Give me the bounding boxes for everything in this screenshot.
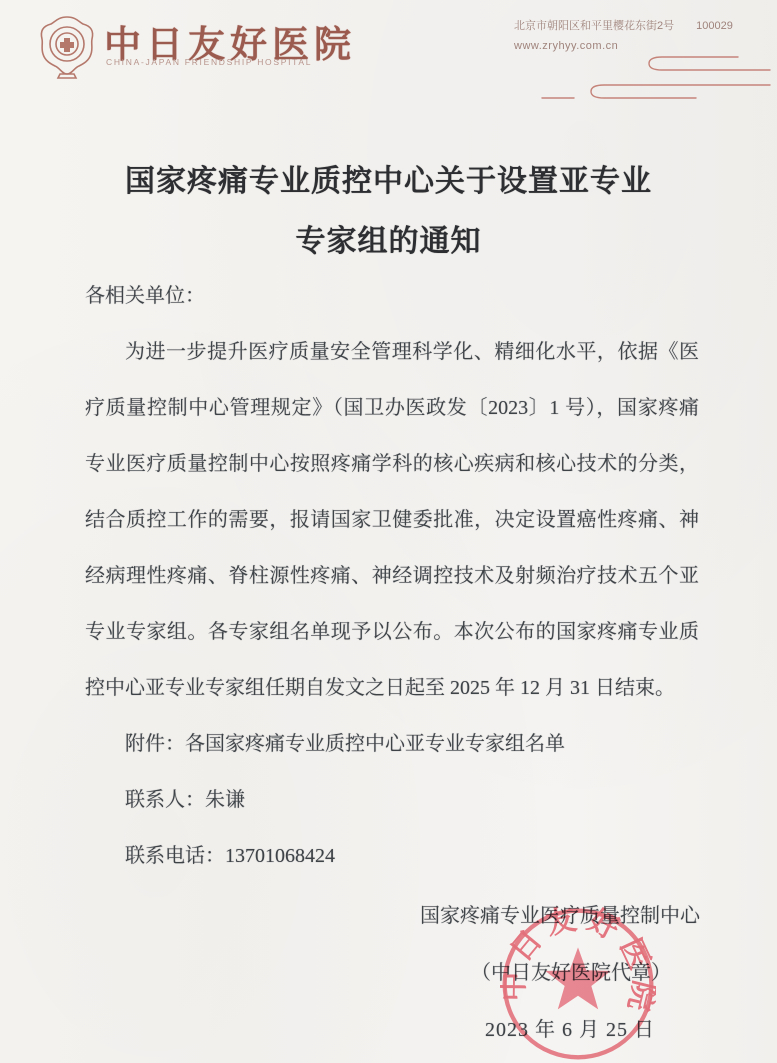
postcode: 100029 xyxy=(696,20,733,32)
notice-body: 各相关单位： 为进一步提升医疗质量安全管理科学化、精细化水平，依据《医疗质量控制… xyxy=(85,268,699,884)
hospital-website: www.zryhyy.com.cn xyxy=(514,40,618,52)
address-text: 北京市朝阳区和平里樱花东街2号 xyxy=(514,20,674,32)
on-behalf-line: （中日友好医院代章） xyxy=(0,945,777,1002)
salutation: 各相关单位： xyxy=(85,268,699,324)
contact-person-line: 联系人：朱谦 xyxy=(85,772,699,828)
hospital-emblem-icon xyxy=(38,14,96,80)
hospital-address: 北京市朝阳区和平里樱花东街2号100029 xyxy=(514,17,764,33)
medical-cross-icon xyxy=(60,38,74,52)
attachment-line: 附件：各国家疼痛专业质控中心亚专业专家组名单 xyxy=(85,716,699,772)
issue-date: 2023 年 6 月 25 日 xyxy=(0,1002,777,1059)
main-paragraph: 为进一步提升医疗质量安全管理科学化、精细化水平，依据《医疗质量控制中心管理规定》… xyxy=(85,324,699,716)
notice-title: 国家疼痛专业质控中心关于设置亚专业 专家组的通知 xyxy=(0,152,777,272)
hospital-name-en: CHINA-JAPAN FRIENDSHIP HOSPITAL xyxy=(106,57,312,67)
cloud-scroll-icon xyxy=(512,52,774,104)
issuing-org: 国家疼痛专业医疗质量控制中心 xyxy=(0,888,777,945)
scanned-notice-document: 中日友好医院 CHINA-JAPAN FRIENDSHIP HOSPITAL 北… xyxy=(0,0,777,1063)
notice-title-line2: 专家组的通知 xyxy=(0,212,777,272)
contact-phone-line: 联系电话：13701068424 xyxy=(85,828,699,884)
signature-block: 国家疼痛专业医疗质量控制中心 （中日友好医院代章） 2023 年 6 月 25 … xyxy=(0,888,777,1059)
letterhead: 中日友好医院 CHINA-JAPAN FRIENDSHIP HOSPITAL 北… xyxy=(0,0,777,108)
notice-title-line1: 国家疼痛专业质控中心关于设置亚专业 xyxy=(0,152,777,212)
